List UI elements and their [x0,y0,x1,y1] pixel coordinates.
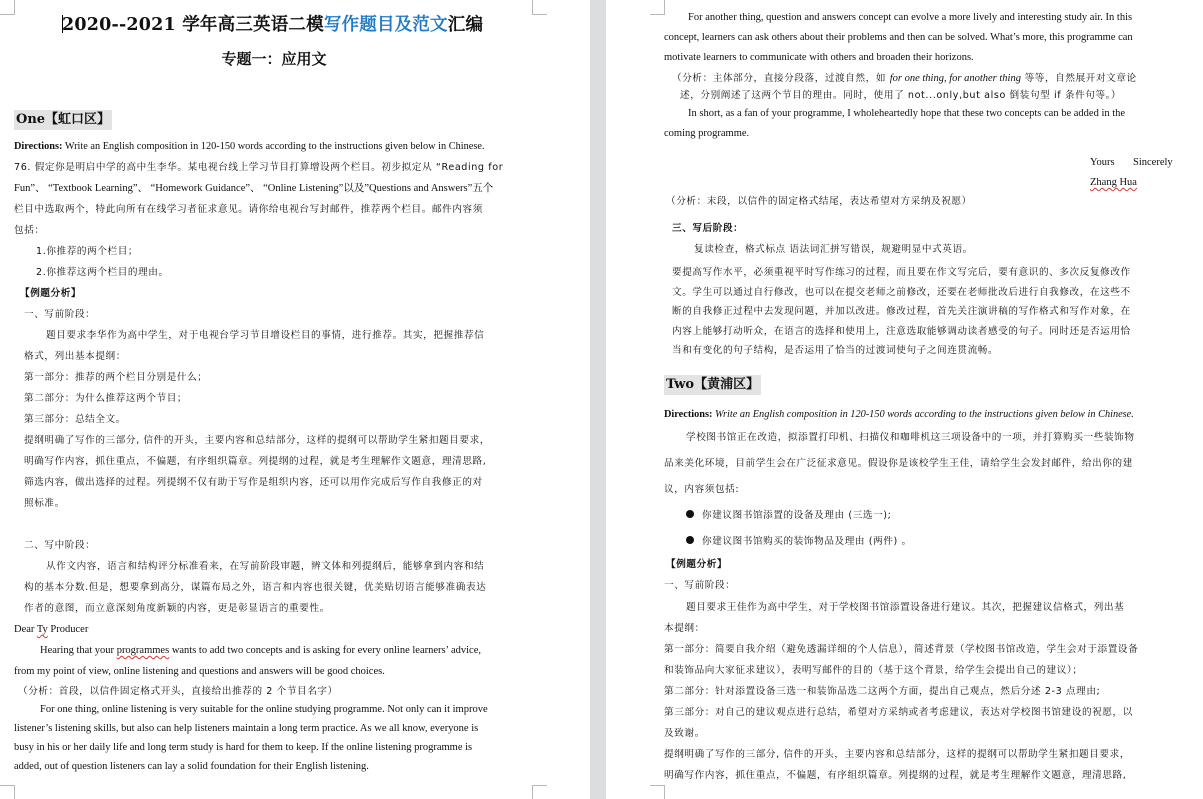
spelling-error-mark[interactable]: Ty [37,624,48,635]
body-line: 当和有变化的句子结构，是否运用了恰当的过渡词使句子之间连贯流畅。 [664,341,1184,361]
letter-closing: Yours Sincerely [664,152,1184,174]
margin-corner-mark [606,785,619,799]
body-line: 提纲明确了写作的三部分, 信件的开头，主要内容和总结部分，这样的提纲可以帮助学生… [664,744,1184,765]
body-line: 题目要求王佳作为高中学生，对于学校图书馆添置设备进行建议。其次，把握建议信格式，… [664,597,1184,618]
prompt-line: 76. 假定你是明启中学的高中生李华。某电视台线上学习节目打算增设两个栏目。初步… [14,157,534,178]
analysis-italic: for one thing, for another thing [890,73,1021,84]
letter-signature: Zhang Hua [664,174,1184,192]
margin-corner-mark [0,0,15,15]
directions-text: Write an English composition in 120-150 … [712,409,1133,420]
analysis-heading: 【例题分析】 [14,283,534,304]
prompt-line: 栏目中选取两个，特此向所有在线学习者征求意见。请你给电视台写封邮件，推荐两个栏目… [14,199,534,220]
outline-item: 第一部分：简要自我介绍（避免透漏详细的个人信息），简述背景（学校图书馆改造，学生… [664,639,1184,660]
body-line: 格式，列出基本提纲： [14,346,534,367]
body-line: 从作文内容，语言和结构评分标准看来，在写前阶段审题，辨文体和列提纲后，能够拿到内… [14,556,534,577]
section-heading-two: Two【黄浦区】 [664,375,761,395]
letter-line: listener’s listening skills, but also ca… [14,719,534,738]
letter-line: In short, as a fan of your programme, I … [664,104,1184,124]
letter-line: coming programme. [664,124,1184,144]
prompt-line: 议，内容须包括: [664,477,1184,503]
bullet-text: 你建议图书馆添置的设备及理由 (三选一); [702,510,891,521]
body-line: 提纲明确了写作的三部分, 信件的开头，主要内容和总结部分，这样的提纲可以帮助学生… [14,430,534,451]
body-line: 断的自我修正过程中去发现问题，并加以改进。修改过程，首先关注演讲稿的写作格式和写… [664,302,1184,322]
title-prefix: 2020--2021 学年高三英语二模 [62,15,324,35]
directions-label: Directions: [664,409,712,420]
analysis-note: 述，分别阐述了这两个节目的理由。同时，使用了 not...only,but al… [664,87,1184,104]
outline-item: 和装饰品向大家征求建议），表明写邮件的目的（基于这个背景，给学生会提出自己的建议… [664,660,1184,681]
body-line: 要提高写作水平，必须重视平时写作练习的过程，而且要在作文写完后，要有意识的、多次… [664,263,1184,283]
body-line: 照标准。 [14,493,534,514]
salutation-text: Dear [14,624,37,635]
outline-item: 第三部分：对自己的建议观点进行总结，希望对方采纳或者考虑建议，表达对学校图书馆建… [664,702,1184,723]
analysis-note: （分析：主体部分，直接分段落，过渡自然，如 for one thing, for… [664,70,1184,87]
document-page-right: For another thing, question and answers … [606,0,1203,799]
stage-heading: 一、写前阶段： [664,575,1184,597]
requirement-item: 1.你推荐的两个栏目； [14,241,534,262]
outline-item: 第二部分：针对添置设备三选一和装饰品选二这两个方面，提出自己观点，然后分述 2-… [664,681,1184,702]
margin-corner-mark [532,785,547,799]
title-highlight: 写作题目及范文 [324,15,448,35]
letter-line: concept, learners can ask others about t… [664,28,1184,48]
margin-corner-mark [0,785,15,799]
prompt-line: Fun”、 “Textbook Learning”、 “Homework Gui… [14,178,534,199]
stage-heading: 二、写中阶段： [14,535,534,556]
spelling-error-mark[interactable]: Zhang Hua [1090,177,1137,188]
prompt-line: 品来美化环境，目前学生会在广泛征求意见。假设你是该校学生王佳，请给学生会发封邮件… [664,451,1184,477]
document-page-left: 2020--2021 学年高三英语二模写作题目及范文汇编 专题一：应用文 One… [0,0,590,799]
letter-paragraph: Hearing that your programmes wants to ad… [14,640,534,661]
body-line: 本提纲： [664,618,1184,639]
stage-heading: 三、写后阶段： [664,218,1184,239]
letter-line: motivate learners to communicate with ot… [664,48,1184,68]
outline-item: 第二部分：为什么推荐这两个节目； [14,388,534,409]
bullet-item: 你建议图书馆添置的设备及理由 (三选一); [664,503,1184,529]
outline-item: 第三部分：总结全文。 [14,409,534,430]
letter-salutation: Dear Ty Producer [14,619,534,640]
letter-text: wants to add two concepts and is asking … [169,645,481,656]
body-line: 文。学生可以通过自行修改，也可以在提交老师之前修改，还要在老师批改后进行自我修改… [664,283,1184,303]
body-line: 作者的意图，而立意深刻角度新颖的内容，更是彰显语言的重要性。 [14,598,534,619]
letter-line: added, out of question listeners can lay… [14,757,534,776]
directions: Directions: Write an English composition… [14,136,534,157]
directions-text: Write an English composition in 120-150 … [62,141,484,152]
bullet-icon [686,510,694,518]
body-line: 复读检查，格式标点 语法词汇拼写错误，规避明显中式英语。 [664,239,1184,260]
stage-heading: 一、写前阶段： [14,304,534,325]
body-line: 构的基本分数.但是，想要拿到高分，谋篇布局之外，语言和内容也很关键，优美贴切语言… [14,577,534,598]
title-suffix: 汇编 [448,15,483,35]
prompt-line: 学校图书馆正在改造，拟添置打印机、扫描仪和咖啡机这三项设备中的一项，并打算购买一… [664,425,1184,451]
bullet-icon [686,536,694,544]
page-left-content[interactable]: 2020--2021 学年高三英语二模写作题目及范文汇编 专题一：应用文 One… [14,0,534,776]
margin-corner-mark [650,0,665,15]
letter-text: Hearing that your [40,645,117,656]
requirement-item: 2.你推荐这两个栏目的理由。 [14,262,534,283]
margin-corner-mark [650,785,665,799]
prompt-line: 包括： [14,220,534,241]
document-title: 2020--2021 学年高三英语二模写作题目及范文汇编 [62,12,534,38]
letter-line: For another thing, question and answers … [664,8,1184,28]
body-line: 题目要求李华作为高中学生，对于电视台学习节目增设栏目的事情，进行推荐。其实，把握… [14,325,534,346]
bullet-item: 你建议图书馆购买的装饰物品及理由 (两件) 。 [664,529,1184,555]
document-subtitle: 专题一：应用文 [14,48,534,70]
outline-item: 及致谢。 [664,723,1184,744]
body-line: 筛选内容，做出选择的过程。列提纲不仅有助于写作是组织内容，还可以用作完成后写作自… [14,472,534,493]
body-line: 明确写作内容，抓住重点，不偏题，有序组织篇章。列提纲的过程，就是考生理解作文题意… [14,451,534,472]
outline-item: 第一部分：推荐的两个栏目分别是什么； [14,367,534,388]
body-line: 明确写作内容，抓住重点，不偏题，有序组织篇章。列提纲的过程，就是考生理解作文题意… [664,765,1184,786]
directions-label: Directions: [14,141,62,152]
directions: Directions: Write an English composition… [664,404,1184,425]
spelling-error-mark[interactable]: programmes [117,645,170,656]
analysis-heading: 【例题分析】 [664,555,1184,575]
analysis-note: （分析：首段，以信件固定格式开头，直接给出推荐的 2 个节目名字） [14,682,534,701]
salutation-text: Producer [48,624,89,635]
bullet-text: 你建议图书馆购买的装饰物品及理由 (两件) 。 [702,536,912,547]
body-line: 内容上能够打动听众，在语言的选择和使用上，注意选取能够调动读者感受的句子。同时还… [664,322,1184,342]
letter-line: busy in his or her daily life and long t… [14,738,534,757]
page-right-content[interactable]: For another thing, question and answers … [664,0,1184,786]
section-heading-one: One【虹口区】 [14,110,112,130]
letter-line: For one thing, online listening is very … [14,701,534,719]
analysis-text: （分析：主体部分，直接分段落，过渡自然，如 [672,73,890,84]
margin-corner-mark [532,0,547,15]
letter-line: from my point of view, online listening … [14,661,534,682]
analysis-note: （分析：末段，以信件的固定格式结尾，表达希望对方采纳及祝愿） [664,192,1184,212]
analysis-text: 等等，自然展开对文章论 [1021,73,1137,84]
